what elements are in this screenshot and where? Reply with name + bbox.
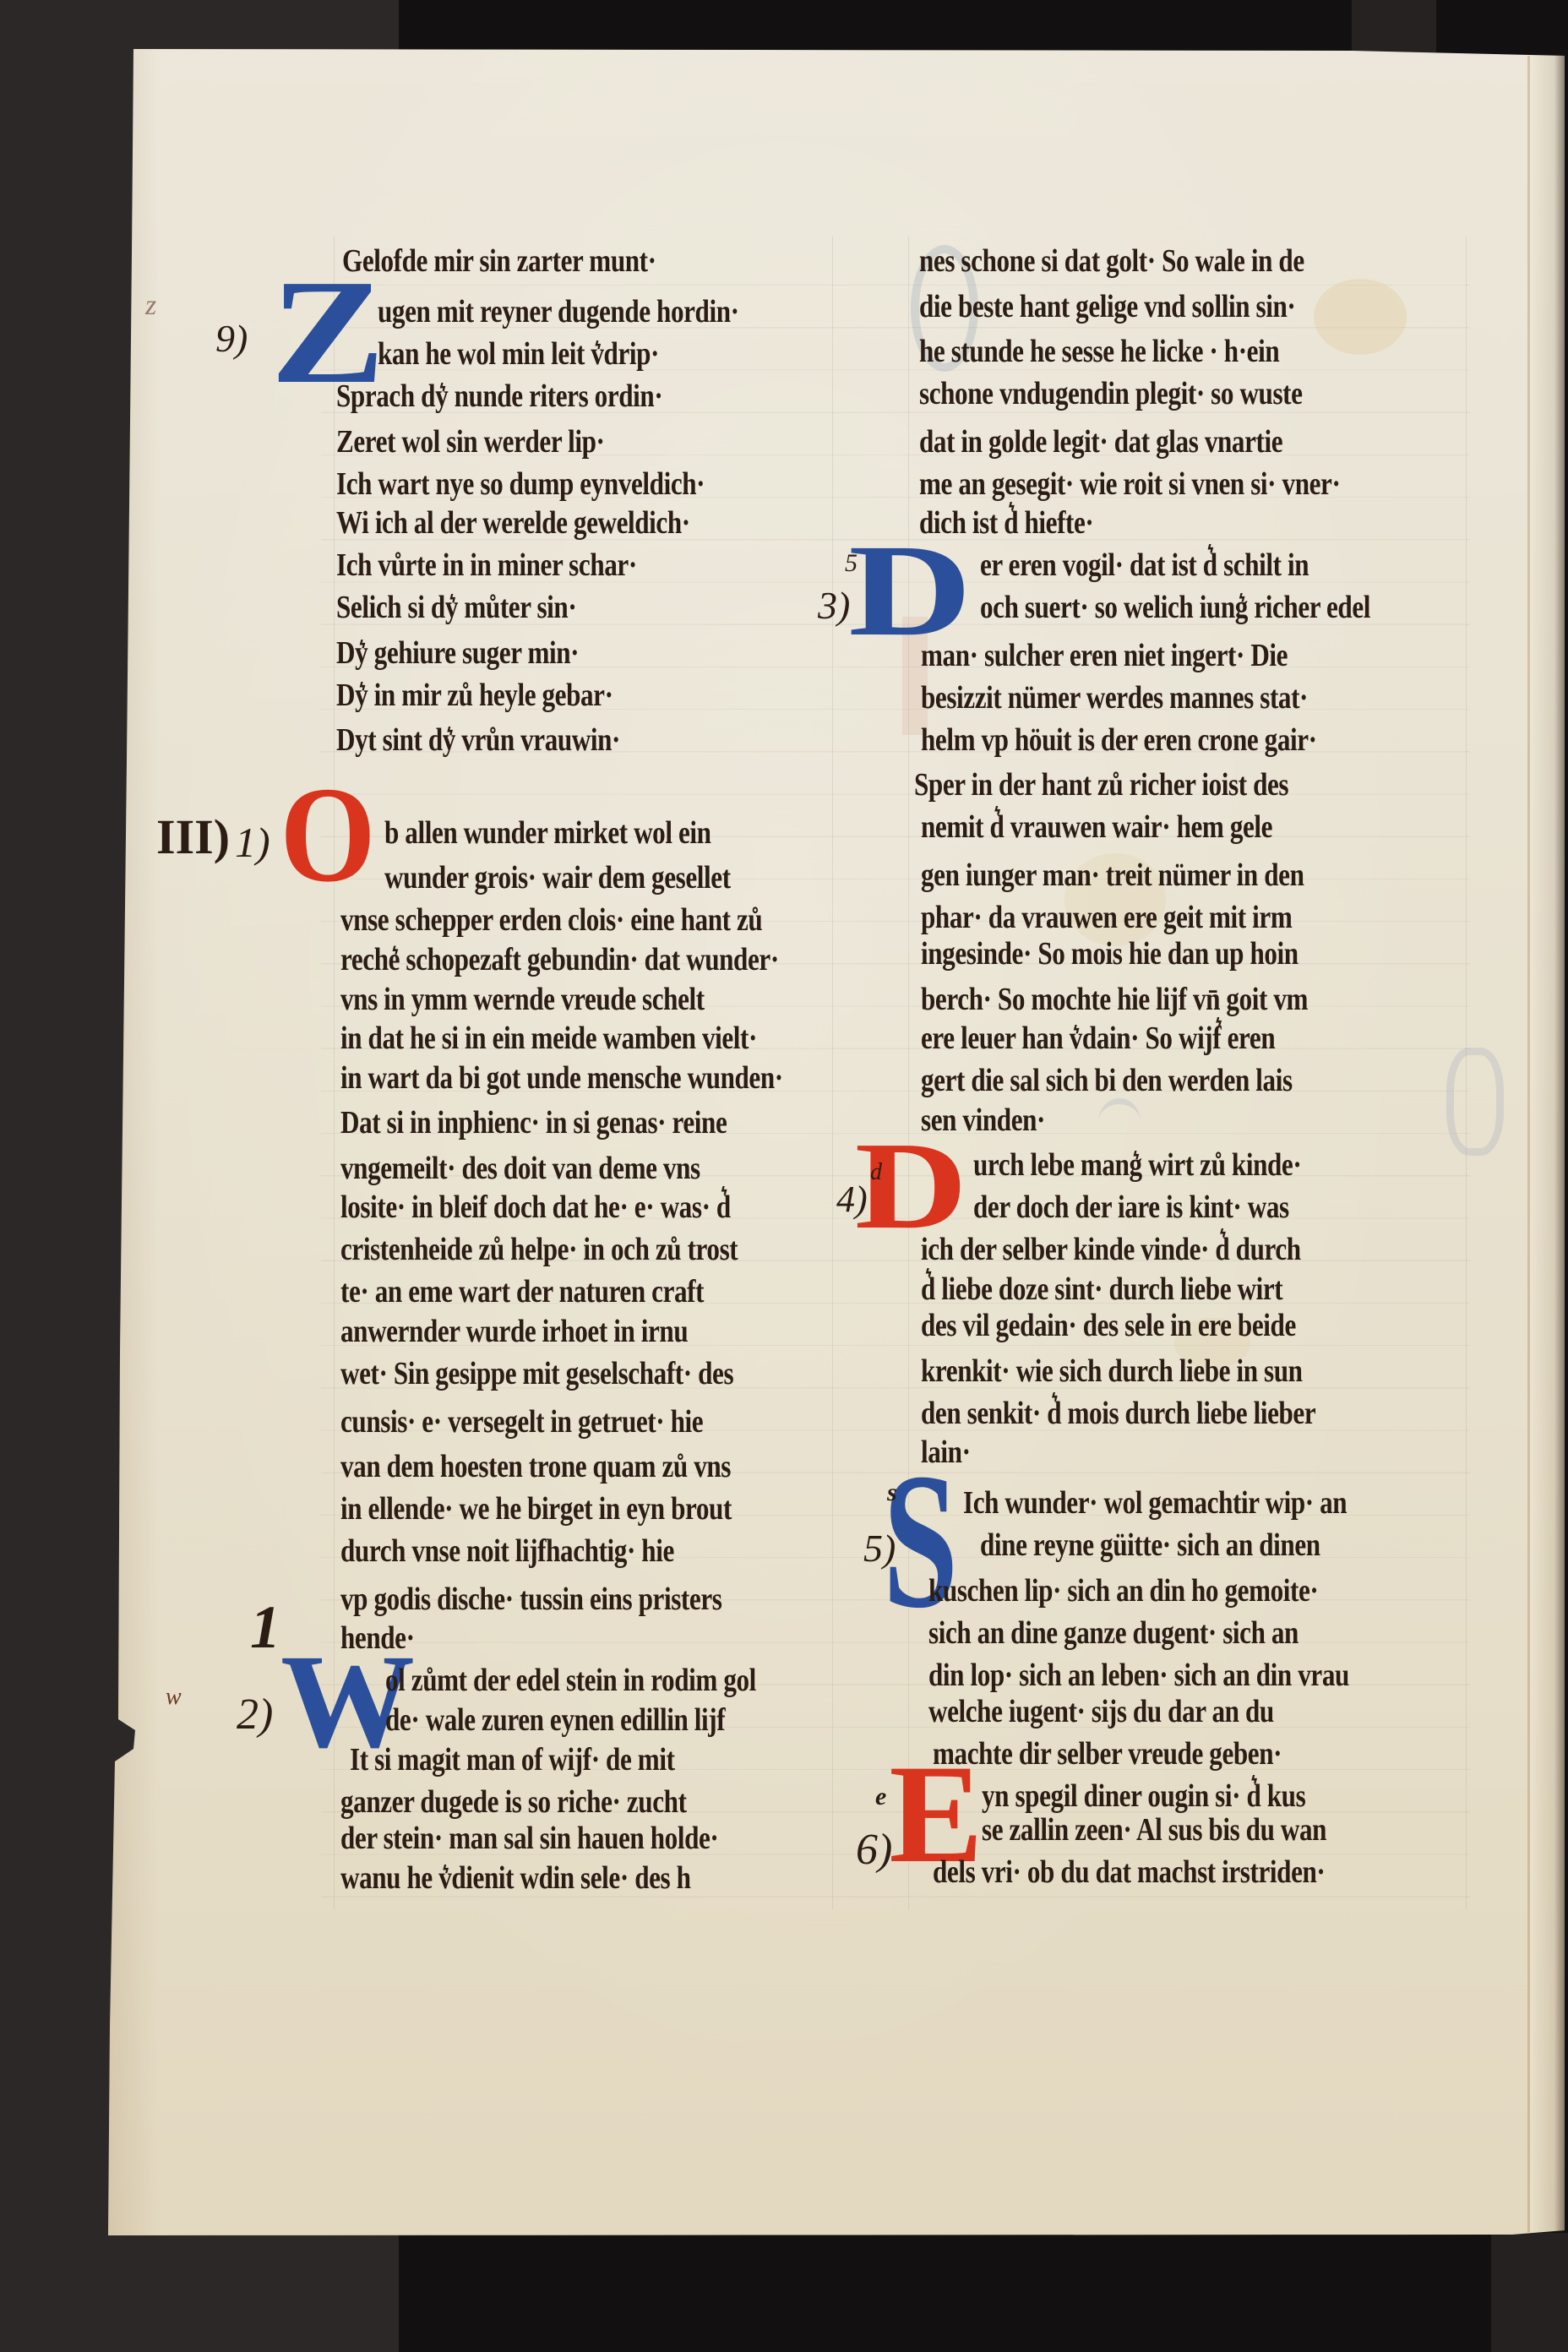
text-line: schone vndugendin plegit· so wuste	[919, 375, 1303, 412]
text-line: yn spegil diner ougin si· d͛ kus	[982, 1778, 1305, 1815]
margin-note-section-number: 9)	[215, 319, 248, 358]
text-line: hende·	[340, 1620, 415, 1657]
ruling-line-right-col-start	[908, 237, 909, 1909]
text-line: berch· So mochte hie lijf vn̄ goit vm	[921, 981, 1308, 1018]
text-line: er eren vogil· dat ist d͛ schilt in	[980, 547, 1309, 584]
text-line: lain·	[921, 1434, 971, 1471]
text-line: ere leuer han v͛dain· So wijf͛ eren	[921, 1020, 1275, 1057]
text-line: te· an eme wart der naturen craft	[340, 1273, 704, 1310]
text-line: wanu he v͛dienit wdin sele· des h	[340, 1859, 691, 1897]
margin-note-stroke: 1	[250, 1597, 280, 1658]
manuscript-page: Z O W D D S E Gelofde mir sin zarter mun…	[0, 0, 1568, 2352]
text-line: anwernder wurde irhoet in irnu	[340, 1313, 688, 1350]
text-line: din lop· sich an leben· sich an din vrau	[928, 1657, 1349, 1694]
text-line: ich der selber kinde vinde· d͛ durch	[921, 1231, 1301, 1268]
text-line: b allen wunder mirket wol ein	[384, 814, 711, 852]
text-line: den senkit· d͛ mois durch liebe lieber	[921, 1395, 1315, 1432]
initial-e-red: E	[888, 1768, 984, 1861]
text-line: die beste hant gelige vnd sollin sin·	[919, 288, 1295, 325]
text-line: Sprach dy͛ nunde riters ordin·	[336, 378, 662, 415]
text-line: in dat he si in ein meide wamben vielt·	[340, 1020, 757, 1057]
text-line: me an gesegit· wie roit si vnen si· vner…	[919, 465, 1340, 503]
text-line: d͛ liebe doze sint· durch liebe wirt	[921, 1271, 1282, 1308]
text-line: gen iunger man· treit nümer in den	[921, 857, 1304, 894]
text-line: reche͛ schopezaft gebundin· dat wunder·	[340, 941, 779, 978]
text-line: van dem hoesten trone quam zů vns	[340, 1448, 731, 1485]
text-line: Selich si dy͛ můter sin·	[336, 589, 576, 626]
margin-note-guide-letter: d	[870, 1161, 882, 1184]
text-line: wet· Sin gesippe mit geselschaft· des	[340, 1355, 733, 1392]
text-line: Ich wart nye so dump eynveldich·	[336, 465, 705, 503]
text-line: kan he wol min leit v͛drip·	[378, 335, 659, 373]
initial-z-blue: Z	[268, 283, 389, 382]
text-line: sich an dine ganze dugent· sich an	[928, 1614, 1298, 1652]
text-line: kuschen lip· sich an din ho gemoite·	[928, 1572, 1318, 1609]
text-line: dels vri· ob du dat machst irstriden·	[933, 1854, 1325, 1891]
margin-note: z	[145, 291, 156, 320]
backdrop-bottom	[1491, 2233, 1568, 2352]
text-line: nes schone si dat golt· So wale in de	[919, 242, 1304, 280]
text-line: Wi ich al der werelde geweldich·	[336, 504, 690, 542]
text-line: cunsis· e· versegelt in getruet· hie	[340, 1403, 703, 1440]
initial-letter: O	[280, 790, 375, 880]
text-line: ugen mit reyner dugende hordin·	[378, 293, 739, 330]
text-line: ganzer dugede is so riche· zucht	[340, 1783, 687, 1821]
initial-o-red: O	[279, 790, 376, 880]
margin-note-section-number: 5)	[863, 1529, 896, 1568]
text-line: It si magit man of wijf· de mit	[350, 1741, 675, 1778]
text-line: ingesinde· So mois hie dan up hoin	[921, 935, 1298, 972]
initial-letter: Z	[271, 283, 386, 382]
text-line: phar· da vrauwen ere geit mit irm	[921, 899, 1292, 936]
ruling-line-right	[1466, 237, 1467, 1909]
text-line: man· sulcher eren niet ingert· Die	[921, 637, 1288, 674]
text-line: in ellende· we he birget in eyn brout	[340, 1490, 732, 1527]
text-line: gert die sal sich bi den werden lais	[921, 1062, 1293, 1099]
text-line: Dy͛ in mir zů heyle gebar·	[336, 677, 613, 714]
text-line: vns in ymm wernde vreude schelt	[340, 981, 705, 1018]
initial-letter: D	[855, 1145, 968, 1228]
text-line: Ich vůrte in in miner schar·	[336, 547, 637, 584]
text-line: sen vinden·	[921, 1102, 1045, 1139]
text-line: losite· in bleif doch dat he· e· was· d͛	[340, 1189, 731, 1226]
text-line: dich ist d͛ hiefte·	[919, 504, 1093, 542]
page-gutter-edge	[1530, 56, 1565, 2232]
margin-note-roman-numeral: III)	[156, 813, 230, 862]
text-line: in wart da bi got unde mensche wunden·	[340, 1059, 783, 1097]
text-line: Zeret wol sin werder lip·	[336, 423, 604, 460]
margin-note-section-number: 3)	[818, 586, 850, 625]
text-line: machte dir selber vreude geben·	[933, 1735, 1282, 1772]
margin-note-section-number: 1)	[235, 821, 270, 863]
text-line: vngemeilt· des doit van deme vns	[340, 1150, 700, 1187]
margin-note-section-number: 2)	[237, 1693, 273, 1737]
margin-note-guide-letter: 5	[845, 551, 857, 576]
text-line: Dy͛ gehiure suger min·	[336, 634, 579, 672]
ruling-line-left-col-end	[832, 237, 833, 1909]
text-line: helm vp höuit is der eren crone gair·	[921, 721, 1317, 759]
text-line: der stein· man sal sin hauen holde·	[340, 1820, 718, 1857]
text-line: Ich wunder· wol gemachtir wip· an	[963, 1484, 1347, 1522]
text-line: krenkit· wie sich durch liebe in sun	[921, 1353, 1303, 1390]
margin-note-guide-letter: s	[887, 1480, 897, 1505]
text-line: Gelofde mir sin zarter munt·	[342, 242, 656, 280]
text-line: cristenheide zů helpe· in och zů trost	[340, 1231, 738, 1268]
text-line: nemit d͛ vrauwen wair· hem gele	[921, 808, 1272, 846]
text-line: de· wale zuren eynen edillin lijf	[385, 1701, 725, 1739]
initial-d-red: D	[851, 1145, 972, 1228]
text-line: Dyt sint dy͛ vrůn vrauwin·	[336, 721, 620, 759]
text-line: dat in golde legit· dat glas vnartie	[919, 423, 1282, 460]
text-line: des vil gedain· des sele in ere beide	[921, 1307, 1296, 1344]
text-line: ol zůmt der edel stein in rodim gol	[385, 1662, 756, 1699]
margin-note-section-number: 4)	[836, 1181, 868, 1218]
text-line: he stunde he sesse he licke · h·ein	[919, 333, 1279, 370]
text-line: Dat si in inphienc· in si genas· reine	[340, 1104, 727, 1141]
text-line: och suert· so welich iung͛ richer edel	[980, 589, 1370, 626]
initial-d-blue: D	[841, 547, 979, 634]
text-line: der doch der iare is kint· was	[973, 1189, 1289, 1226]
text-line: dine reyne güitte· sich an dinen	[980, 1527, 1320, 1564]
text-line: se zallin zeen· Al sus bis du wan	[982, 1811, 1326, 1848]
text-line: Sper in der hant zů richer ioist des	[914, 766, 1288, 803]
text-line: vp godis dische· tussin eins pristers	[340, 1581, 721, 1618]
text-line: urch lebe mang͛ wirt zů kinde·	[973, 1146, 1301, 1184]
text-line: vnse schepper erden clois· eine hant zů	[340, 901, 762, 939]
text-line: besizzit nümer werdes mannes stat·	[921, 679, 1308, 716]
margin-note: w	[166, 1685, 182, 1709]
text-line: wunder grois· wair dem gesellet	[384, 859, 731, 896]
initial-letter: D	[848, 547, 972, 634]
text-line: durch vnse noit lijfhachtig· hie	[340, 1533, 674, 1570]
margin-note-section-number: 6)	[856, 1828, 892, 1872]
margin-note-guide-letter: e	[875, 1784, 886, 1810]
text-line: welche iugent· sijs du dar an du	[928, 1693, 1274, 1730]
initial-letter: E	[889, 1768, 983, 1861]
backdrop-top	[1352, 0, 1436, 52]
